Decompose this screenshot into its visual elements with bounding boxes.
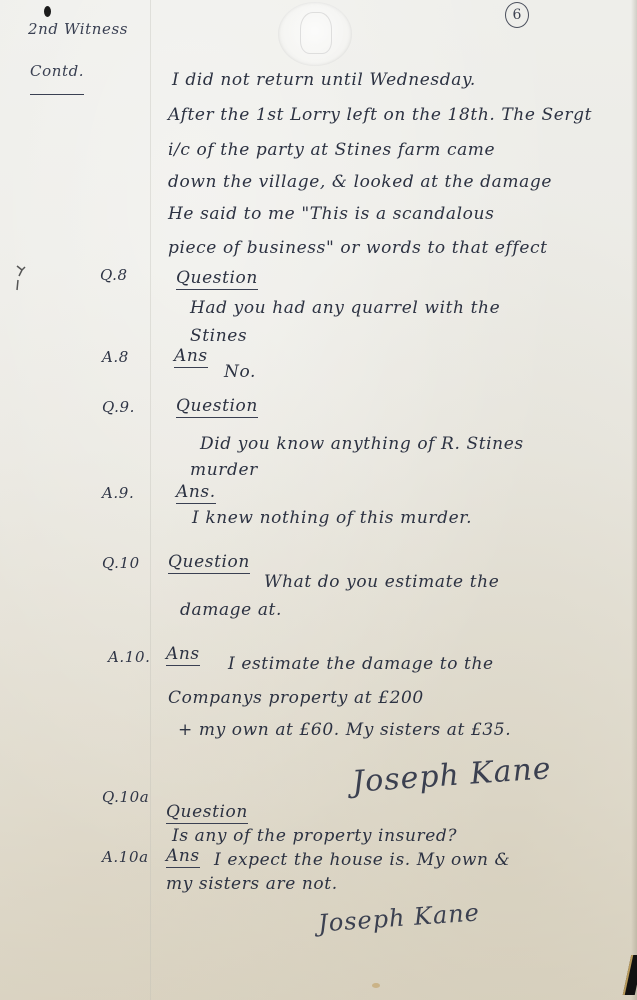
- question-text-line: Did you know anything of R. Stines: [200, 434, 524, 454]
- seal-crest: [300, 12, 332, 54]
- question-text-line: Stines: [190, 326, 247, 346]
- answer-number-a9: A.9.: [102, 484, 134, 502]
- question-heading: Question: [176, 396, 258, 418]
- document-page: 6 2nd Witness Contd. I did not return un…: [0, 0, 637, 1000]
- question-heading: Question: [166, 802, 248, 824]
- signature: Joseph Kane: [351, 751, 553, 800]
- answer-text-line: I expect the house is. My own &: [214, 850, 510, 870]
- margin-pencil-mark-icon: [14, 262, 28, 292]
- question-text-line: Is any of the property insured?: [172, 826, 457, 846]
- margin-header-continued: Contd.: [30, 62, 84, 95]
- margin-header-witness: 2nd Witness: [28, 20, 128, 38]
- question-text-line: damage at.: [180, 600, 282, 620]
- paper-stain: [372, 983, 380, 988]
- question-number-q10: Q.10: [102, 554, 140, 572]
- answer-number-a10a: A.10a: [102, 848, 149, 866]
- embossed-seal-icon: [278, 2, 352, 66]
- answer-text-line: No.: [224, 362, 256, 382]
- question-text-line: What do you estimate the: [264, 572, 499, 592]
- binding-corner: [623, 955, 637, 995]
- page-number: 6: [505, 2, 529, 28]
- question-number-q9: Q.9.: [102, 398, 135, 416]
- answer-text-line: my sisters are not.: [166, 874, 338, 894]
- answer-text-line: I estimate the damage to the: [228, 654, 494, 674]
- answer-text-line: Companys property at £200: [168, 688, 424, 708]
- question-heading: Question: [176, 268, 258, 290]
- answer-number-a8: A.8: [102, 348, 129, 366]
- answer-number-a10: A.10.: [108, 648, 150, 666]
- statement-line: down the village, & looked at the damage: [168, 172, 552, 192]
- statement-line: i/c of the party at Stines farm came: [168, 140, 495, 160]
- answer-heading: Ans: [166, 846, 200, 868]
- statement-line: piece of business" or words to that effe…: [168, 238, 548, 258]
- statement-line: I did not return until Wednesday.: [172, 70, 476, 90]
- question-heading: Question: [168, 552, 250, 574]
- statement-line: After the 1st Lorry left on the 18th. Th…: [168, 105, 592, 125]
- question-text-line: murder: [190, 460, 258, 480]
- answer-text-line: + my own at £60. My sisters at £35.: [178, 720, 511, 740]
- question-number-q8: Q.8: [100, 266, 128, 284]
- statement-line: He said to me "This is a scandalous: [168, 204, 494, 224]
- page-fold-line: [150, 0, 151, 1000]
- answer-heading: Ans.: [176, 482, 216, 504]
- question-text-line: Had you had any quarrel with the: [190, 298, 500, 318]
- page-edge-shadow: [631, 0, 637, 1000]
- answer-heading: Ans: [174, 346, 208, 368]
- answer-heading: Ans: [166, 644, 200, 666]
- question-number-q10a: Q.10a: [102, 788, 149, 806]
- punch-hole: [44, 6, 51, 17]
- answer-text-line: I knew nothing of this murder.: [192, 508, 472, 528]
- signature: Joseph Kane: [317, 898, 480, 937]
